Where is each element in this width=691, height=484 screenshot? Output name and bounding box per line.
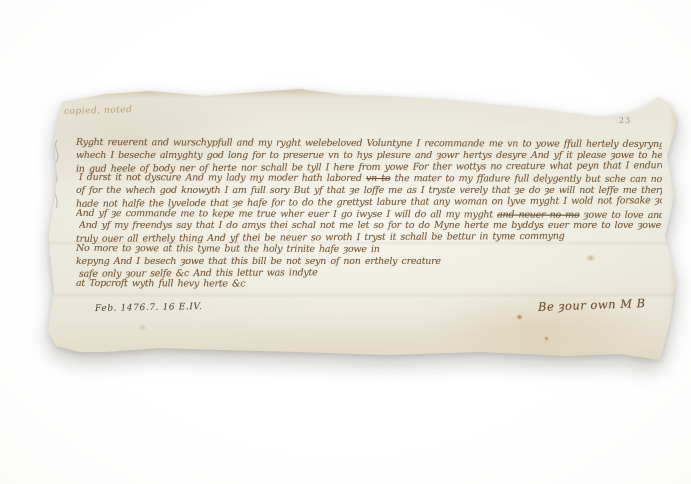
parchment-sheet: copied, noted 23 Ryght reuerent and wurs… xyxy=(46,86,680,372)
margin-pencil-mark xyxy=(48,138,66,218)
manuscript-photo: copied, noted 23 Ryght reuerent and wurs… xyxy=(0,0,691,484)
parchment-surface: copied, noted 23 Ryght reuerent and wurs… xyxy=(46,86,680,372)
manuscript-line: at Topcroft wyth full hevy herte &c xyxy=(76,278,662,292)
folio-number: 23 xyxy=(619,116,631,125)
deckle-edge-right xyxy=(669,86,680,372)
deckle-edge-bottom xyxy=(46,359,680,372)
archival-note: copied, noted xyxy=(64,105,133,117)
deckle-edge-top xyxy=(46,86,680,98)
manuscript-lines: Ryght reuerent and wurschypfull and my r… xyxy=(76,138,668,348)
date-annotation: Feb. 1476.7. 16 E.IV. xyxy=(95,302,203,314)
